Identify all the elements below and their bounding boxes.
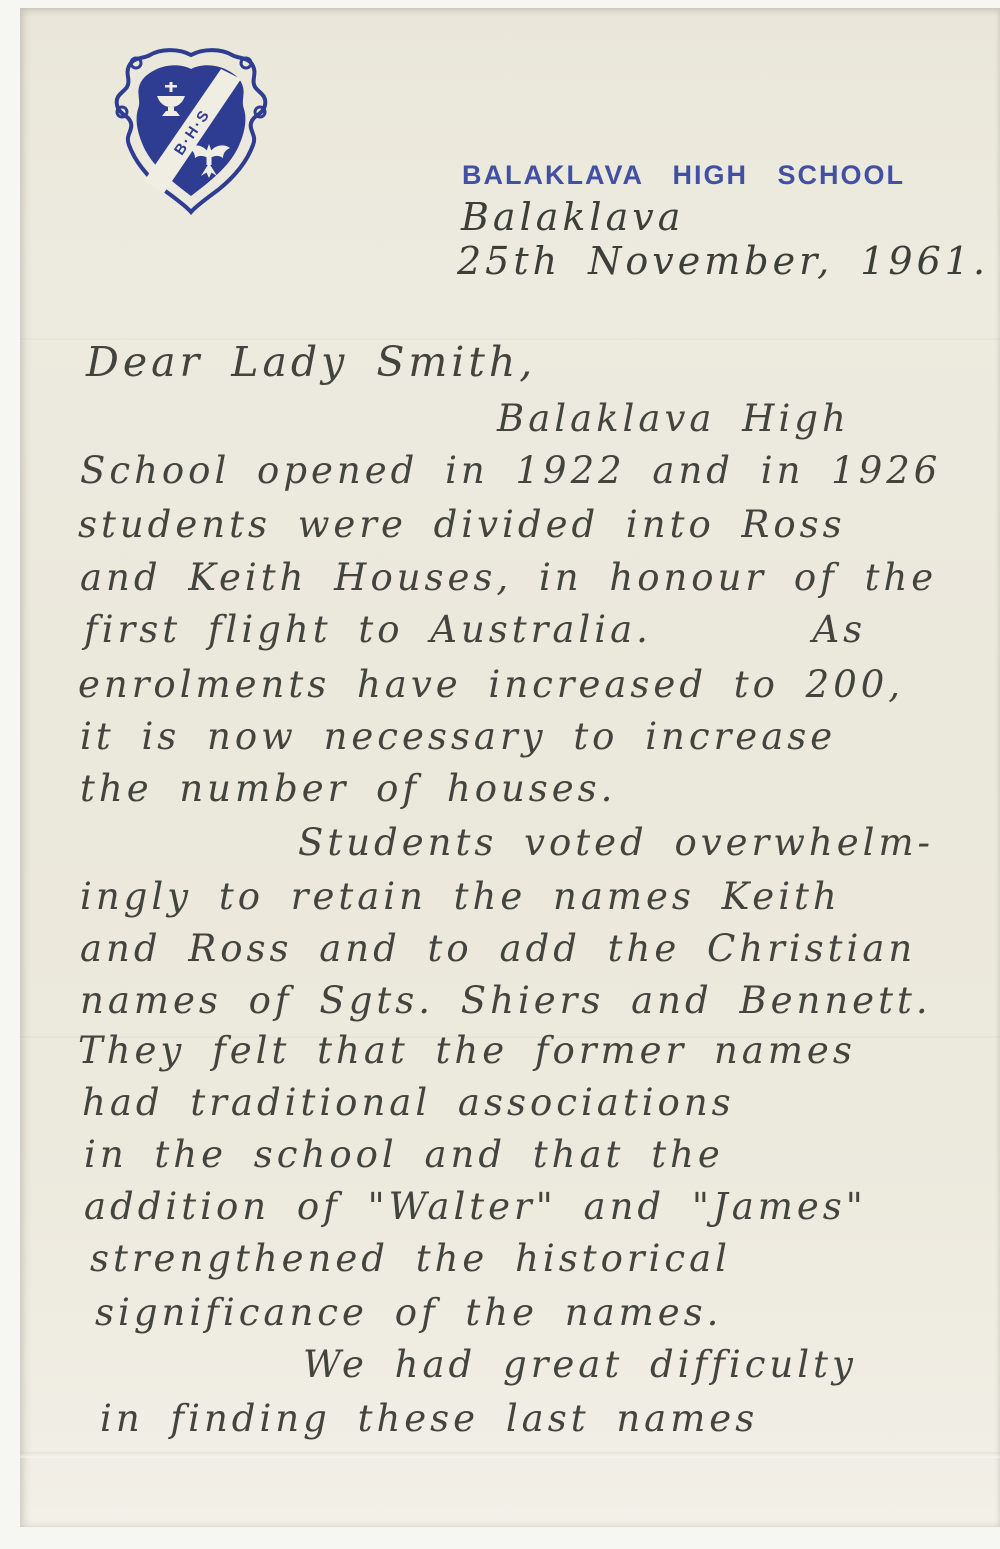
school-name: BALAKLAVA HIGH SCHOOL (462, 160, 905, 191)
handwritten-line: We had great difficulty (303, 1346, 857, 1383)
handwritten-line: ingly to retain the names Keith (80, 878, 841, 915)
handwritten-line: They felt that the former names (78, 1032, 856, 1069)
handwritten-line: School opened in 1922 and in 1926 (80, 452, 941, 489)
handwritten-line: addition of "Walter" and "James" (84, 1188, 867, 1225)
handwritten-line: first flight to Australia. As (84, 611, 866, 648)
handwritten-line: and Ross and to add the Christian (80, 930, 916, 967)
handwritten-line: and Keith Houses, in honour of the (80, 559, 937, 596)
handwritten-date: 25th November, 1961. (457, 242, 989, 280)
handwritten-line: in the school and that the (84, 1136, 724, 1173)
handwritten-line: names of Sgts. Shiers and Bennett. (80, 982, 932, 1019)
scanned-letter-page: B·H·S BALAKLAVA HIGH SCHOOL Balaklava 25… (0, 0, 1000, 1549)
handwritten-line: Balaklava High (497, 400, 850, 437)
handwritten-line: the number of houses. (80, 770, 616, 807)
paper-crease (20, 1452, 1000, 1458)
salutation: Dear Lady Smith, (86, 342, 536, 383)
handwritten-line: enrolments have increased to 200, (78, 666, 904, 703)
handwritten-line: had traditional associations (82, 1084, 735, 1121)
handwritten-line: in finding these last names (100, 1400, 758, 1437)
handwritten-place: Balaklava (461, 198, 684, 236)
school-crest: B·H·S (106, 42, 276, 220)
handwritten-line: Students voted overwhelm- (298, 824, 934, 861)
handwritten-line: students were divided into Ross (78, 506, 846, 543)
handwritten-line: it is now necessary to increase (80, 718, 836, 755)
handwritten-line: significance of the names. (95, 1294, 722, 1331)
handwritten-line: strengthened the historical (90, 1240, 731, 1277)
